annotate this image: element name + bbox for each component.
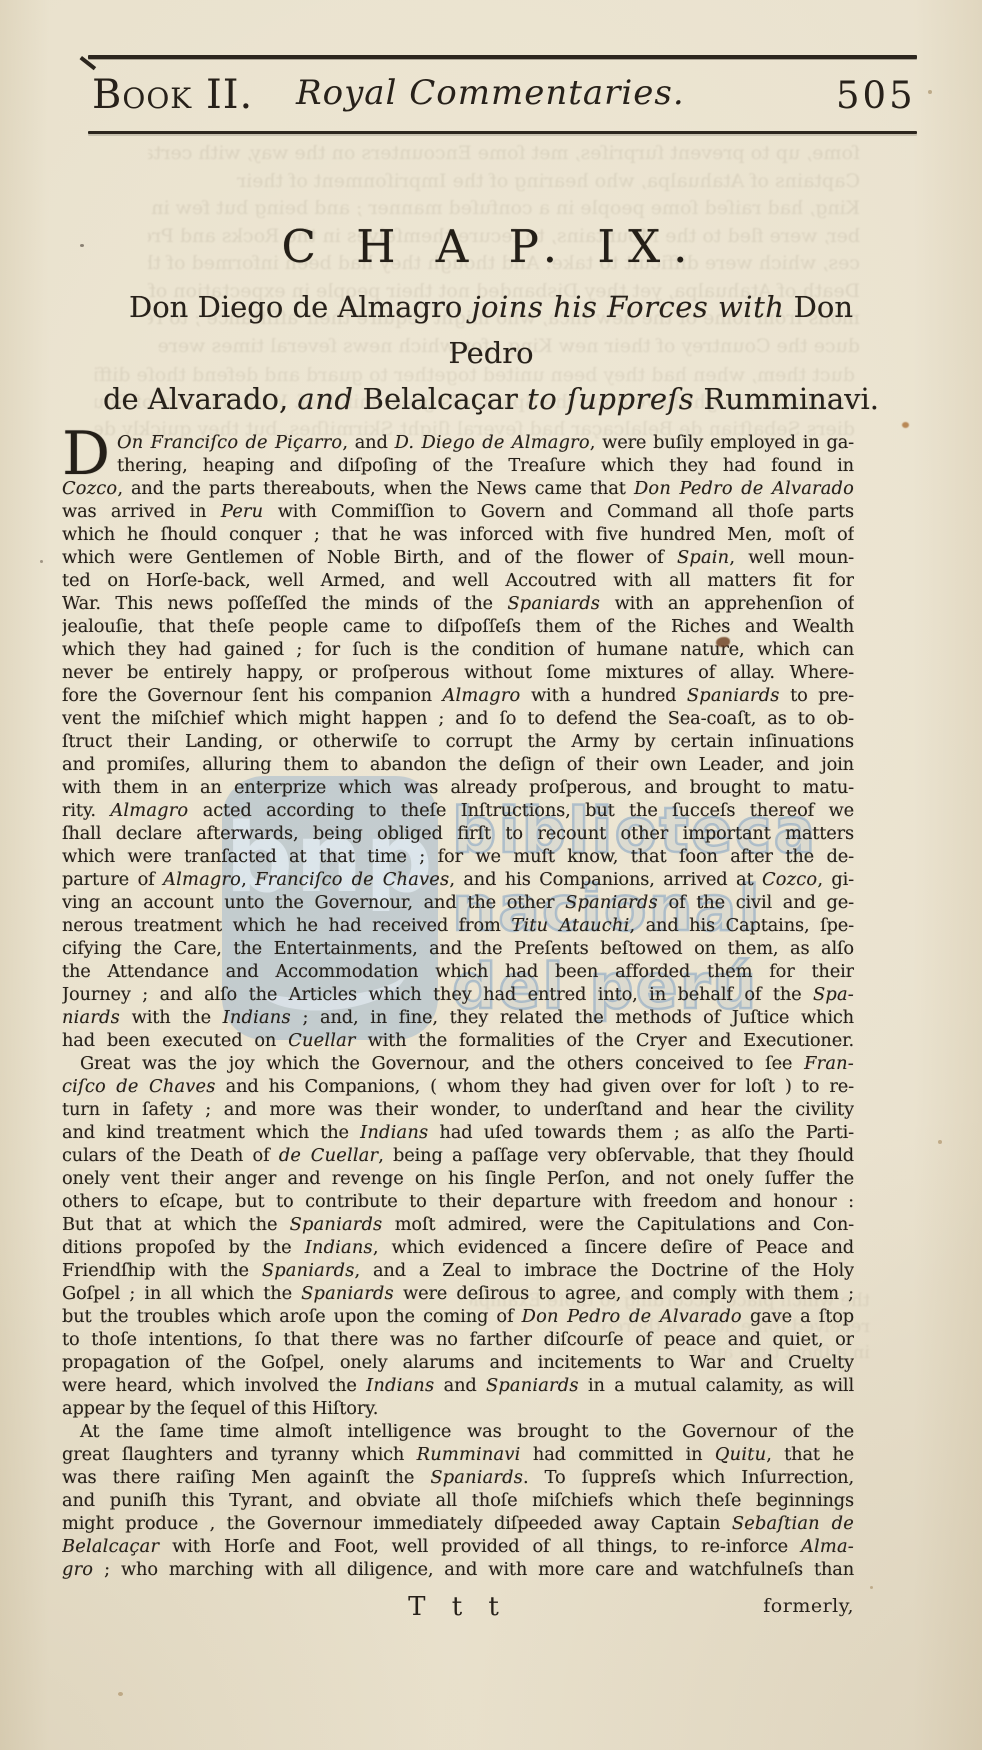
body-line: culars of the Death of de Cuellar, being… xyxy=(62,1144,854,1167)
body-line: War. This news poſſeſſed the minds of th… xyxy=(62,592,854,615)
body-line: nerous treatment which he had received f… xyxy=(62,914,854,937)
body-line: ditions propoſed by the Indians, which e… xyxy=(62,1236,854,1259)
body-line: which were Gentlemen of Noble Birth, and… xyxy=(62,546,854,569)
body-line: At the ſame time almoſt intelligence was… xyxy=(62,1420,854,1443)
bleedthrough-line: King, had raiſed ſome people in a confuſ… xyxy=(148,195,860,223)
body-line: had been executed on Cuellar with the fo… xyxy=(62,1029,854,1052)
paragraph: DOn Franciſco de Piçarro, and D. Diego d… xyxy=(62,431,854,1052)
foxing-spot xyxy=(870,1586,873,1589)
body-line: cifying the Care, the Entertainments, an… xyxy=(62,937,854,960)
body-line: which he ſhould conquer ; that he was in… xyxy=(62,523,854,546)
signature-mark: T t t xyxy=(62,1592,854,1622)
foxing-spot xyxy=(902,422,909,428)
body-line: was arrived in Peru with Commiſſion to G… xyxy=(62,500,854,523)
body-line: gro ; who marching with all diligence, a… xyxy=(62,1558,854,1581)
body-line: Journey ; and alſo the Articles which th… xyxy=(62,983,854,1006)
bleedthrough-line: Captains of Atahualpa, who hearing of th… xyxy=(148,168,860,196)
body-line: onely vent their anger and revenge on hi… xyxy=(62,1167,854,1190)
body-line: ſhall declare afterwards, being obliged … xyxy=(62,822,854,845)
body-line: to thoſe intentions, ſo that there was n… xyxy=(62,1328,854,1351)
body-line: the Attendance and Accommodation which h… xyxy=(62,960,854,983)
body-line: were heard, which involved the Indians a… xyxy=(62,1374,854,1397)
body-line: turn in ſafety ; and more was their wond… xyxy=(62,1098,854,1121)
paragraph: At the ſame time almoſt intelligence was… xyxy=(62,1420,854,1581)
body-line: rity. Almagro acted according to theſe I… xyxy=(62,799,854,822)
body-line: never be entirely happy, or proſperous w… xyxy=(62,661,854,684)
body-line: niards with the Indians ; and, in fine, … xyxy=(62,1006,854,1029)
body-line: which were tranſacted at that time ; for… xyxy=(62,845,854,868)
catchword: formerly, xyxy=(763,1595,854,1617)
body-line: But that at which the Spaniards moſt adm… xyxy=(62,1213,854,1236)
body-line: great ſlaughters and tyranny which Rummi… xyxy=(62,1443,854,1466)
body-line: and promiſes, alluring them to abandon t… xyxy=(62,753,854,776)
body-line: On Franciſco de Piçarro, and D. Diego de… xyxy=(117,431,854,454)
body-line: jealouſie, that theſe people came to diſ… xyxy=(62,615,854,638)
body-line: appear by the ſequel of this Hiſtory. xyxy=(62,1397,854,1420)
body-line: ciſco de Chaves and his Companions, ( wh… xyxy=(62,1075,854,1098)
bleedthrough-line: ſome, up to prevent ſurpriſes, met ſome … xyxy=(148,140,860,168)
body-line: and kind treatment which the Indians had… xyxy=(62,1121,854,1144)
body-line: and puniſh this Tyrant, and obviate all … xyxy=(62,1489,854,1512)
body-line: was there raiſing Men againſt the Spania… xyxy=(62,1466,854,1489)
foxing-spot xyxy=(40,560,43,563)
running-title: Royal Commentaries. xyxy=(296,73,685,113)
body-text: DOn Franciſco de Piçarro, and D. Diego d… xyxy=(62,431,854,1581)
chapter-subtitle: Don Diego de Almagro joins his Forces wi… xyxy=(85,284,897,422)
body-line: vent the miſchief which might happen ; a… xyxy=(62,707,854,730)
page: { "header": { "book": "Book II.", "title… xyxy=(0,0,982,1750)
body-line: ted on Horſe-back, well Armed, and well … xyxy=(62,569,854,592)
head-rule-bottom xyxy=(88,131,917,134)
head-rule-top xyxy=(88,55,917,59)
foxing-spot xyxy=(938,1140,942,1144)
body-line: Friendſhip with the Spaniards, and a Zea… xyxy=(62,1259,854,1282)
body-line: with them in an enterprize which was alr… xyxy=(62,776,854,799)
body-line: Goſpel ; in all which the Spaniards were… xyxy=(62,1282,854,1305)
book-label: Book II. xyxy=(92,72,253,118)
subtitle-line: Don Diego de Almagro joins his Forces wi… xyxy=(85,284,897,376)
page-number: 505 xyxy=(836,74,916,117)
body-line: parture of Almagro, Franciſco de Chaves,… xyxy=(62,868,854,891)
chapter-heading: C H A P. IX. xyxy=(0,220,982,273)
body-line: which they had gained ; for ſuch is the … xyxy=(62,638,854,661)
foxing-spot xyxy=(118,1692,123,1696)
body-line: ving an account unto the Governour, and … xyxy=(62,891,854,914)
body-line: others to eſcape, but to contribute to t… xyxy=(62,1190,854,1213)
body-line: but the troubles which aroſe upon the co… xyxy=(62,1305,854,1328)
body-line: Belalcaçar with Horſe and Foot, well pro… xyxy=(62,1535,854,1558)
footer-line: T t t formerly, xyxy=(62,1592,854,1622)
subtitle-line: de Alvarado, and Belalcaçar to ſuppreſs … xyxy=(85,376,897,422)
body-line: might produce , the Governour immediatel… xyxy=(62,1512,854,1535)
body-line: thering, heaping and diſpoſing of the Tr… xyxy=(117,454,854,477)
body-line: ſtruct their Landing, or otherwiſe to co… xyxy=(62,730,854,753)
paragraph: Great was the joy which the Governour, a… xyxy=(62,1052,854,1420)
body-line: Cozco, and the parts thereabouts, when t… xyxy=(62,477,854,500)
body-line: propagation of the Goſpel, onely alarums… xyxy=(62,1351,854,1374)
body-line: fore the Governour ſent his companion Al… xyxy=(62,684,854,707)
running-head: Book II. Royal Commentaries. 505 xyxy=(0,68,982,124)
body-line: Great was the joy which the Governour, a… xyxy=(62,1052,854,1075)
drop-cap: D xyxy=(62,432,112,477)
